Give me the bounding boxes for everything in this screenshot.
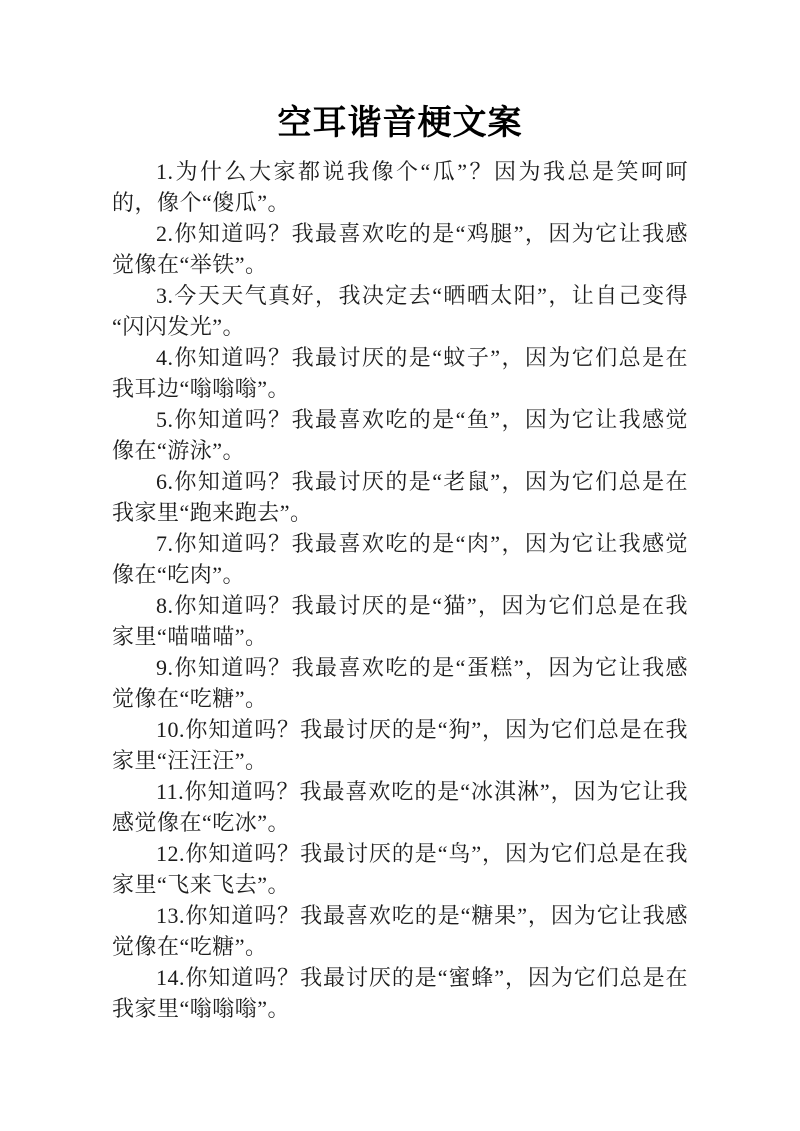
paragraph-10: 10.你知道吗？我最讨厌的是“狗”，因为它们总是在我家里“汪汪汪”。 [112, 714, 688, 776]
paragraph-8: 8.你知道吗？我最讨厌的是“猫”，因为它们总是在我家里“喵喵喵”。 [112, 590, 688, 652]
paragraph-9: 9.你知道吗？我最喜欢吃的是“蛋糕”，因为它让我感觉像在“吃糖”。 [112, 652, 688, 714]
paragraph-3: 3.今天天气真好，我决定去“晒晒太阳”，让自己变得“闪闪发光”。 [112, 280, 688, 342]
paragraph-14: 14.你知道吗？我最讨厌的是“蜜蜂”，因为它们总是在我家里“嗡嗡嗡”。 [112, 962, 688, 1024]
paragraph-12: 12.你知道吗？我最讨厌的是“鸟”，因为它们总是在我家里“飞来飞去”。 [112, 838, 688, 900]
paragraph-6: 6.你知道吗？我最讨厌的是“老鼠”，因为它们总是在我家里“跑来跑去”。 [112, 466, 688, 528]
paragraph-4: 4.你知道吗？我最讨厌的是“蚊子”，因为它们总是在我耳边“嗡嗡嗡”。 [112, 342, 688, 404]
document-content: 空耳谐音梗文案 1.为什么大家都说我像个“瓜”？因为我总是笑呵呵的，像个“傻瓜”… [0, 0, 800, 1024]
document-page: 空耳谐音梗文案 1.为什么大家都说我像个“瓜”？因为我总是笑呵呵的，像个“傻瓜”… [0, 0, 800, 1131]
document-title: 空耳谐音梗文案 [112, 102, 688, 146]
paragraph-5: 5.你知道吗？我最喜欢吃的是“鱼”，因为它让我感觉像在“游泳”。 [112, 404, 688, 466]
paragraph-7: 7.你知道吗？我最喜欢吃的是“肉”，因为它让我感觉像在“吃肉”。 [112, 528, 688, 590]
paragraph-1: 1.为什么大家都说我像个“瓜”？因为我总是笑呵呵的，像个“傻瓜”。 [112, 156, 688, 218]
paragraph-2: 2.你知道吗？我最喜欢吃的是“鸡腿”，因为它让我感觉像在“举铁”。 [112, 218, 688, 280]
document-body: 1.为什么大家都说我像个“瓜”？因为我总是笑呵呵的，像个“傻瓜”。 2.你知道吗… [112, 156, 688, 1024]
paragraph-11: 11.你知道吗？我最喜欢吃的是“冰淇淋”，因为它让我感觉像在“吃冰”。 [112, 776, 688, 838]
paragraph-13: 13.你知道吗？我最喜欢吃的是“糖果”，因为它让我感觉像在“吃糖”。 [112, 900, 688, 962]
